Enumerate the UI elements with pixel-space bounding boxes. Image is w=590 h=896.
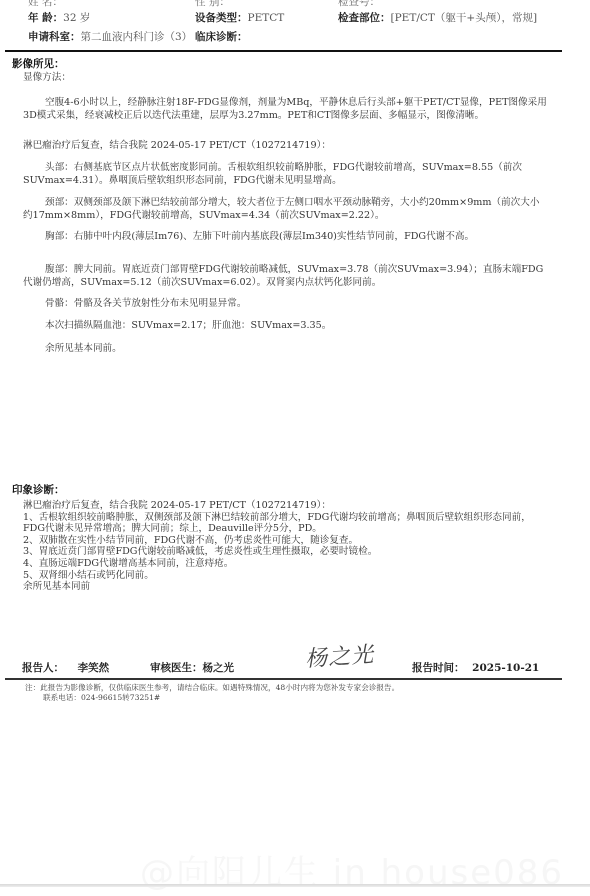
exam-site-label: 检查部位： — [338, 12, 391, 24]
reviewer-label: 审核医生： — [150, 662, 203, 674]
page-bottom-edge — [0, 884, 590, 887]
device-type-field: 设备类型：PETCT — [195, 10, 284, 25]
reporter-field: 报告人： 李笑然 — [22, 660, 109, 675]
department-label: 申请科室： — [28, 31, 81, 43]
impression-item-5: 5、双肾细小结石或钙化同前。 — [23, 570, 548, 582]
reporter-name: 李笑然 — [78, 662, 110, 674]
findings-chest: 胸部：右肺中叶内段(薄层Im76)、左肺下叶前内基底段(薄层Im340)实性结节… — [23, 231, 548, 244]
findings-bone: 骨骼：骨骼及各关节放射性分布未见明显异常。 — [45, 298, 246, 311]
findings-abdomen: 腹部：脾大同前。胃底近贲门部胃壁FDG代谢较前略减低，SUVmax=3.78（前… — [23, 264, 548, 289]
reviewer-field: 审核医生：杨之光 — [150, 660, 234, 675]
reviewer-signature: 杨之光 — [304, 638, 375, 674]
exam-site-field: 检查部位：[PET/CT（躯干+头颅），常规] — [338, 10, 537, 25]
clinical-diagnosis-label: 临床诊断： — [195, 31, 248, 43]
gender-label-cut: 性 别： — [195, 0, 230, 9]
impression-intro: 淋巴瘤治疗后复查，结合我院 2024-05-17 PET/CT（10272147… — [23, 500, 548, 512]
disclaimer-note: 注：此报告为影像诊断，仅供临床医生参考，请结合临床。如遇特殊情况，48小时内将为… — [25, 683, 399, 693]
report-time-label: 报告时间： — [412, 662, 465, 674]
clinical-diagnosis-field: 临床诊断： — [195, 29, 248, 44]
reporter-label: 报告人： — [22, 662, 64, 674]
header-divider — [5, 50, 562, 52]
impression-title: 印象诊断： — [12, 482, 65, 497]
findings-rest: 余所见基本同前。 — [45, 343, 122, 356]
report-time-field: 报告时间： 2025-10-21 — [412, 660, 539, 675]
age-value: 32 岁 — [63, 12, 90, 24]
exam-number-label-cut: 检查号： — [338, 0, 380, 9]
patient-name-label-cut: 姓 名： — [28, 0, 63, 9]
findings-head: 头部：右侧基底节区点片状低密度影同前。舌根软组织较前略肿胀，FDG代谢较前增高，… — [23, 162, 548, 187]
device-type-label: 设备类型： — [195, 12, 248, 24]
department-field: 申请科室：第二血液内科门诊（3） — [28, 29, 192, 44]
method-text: 空腹4-6小时以上，经静脉注射18F-FDG显像剂，剂量为MBq，平静休息后行头… — [23, 97, 548, 122]
findings-title: 影像所见： — [12, 56, 65, 71]
age-label: 年 龄： — [28, 12, 63, 24]
contact-phone: 联系电话：024-96615转73251# — [43, 693, 160, 703]
findings-intro: 淋巴瘤治疗后复查，结合我院 2024-05-17 PET/CT（10272147… — [23, 140, 331, 153]
reviewer-name: 杨之光 — [203, 662, 235, 674]
impression-rest: 余所见基本同前 — [23, 581, 548, 593]
age-field: 年 龄：32 岁 — [28, 10, 90, 25]
impression-item-2: 2、双肺散在实性小结节同前，FDG代谢不高，仍考虑炎性可能大，随诊复查。 — [23, 535, 548, 547]
impression-item-1: 1、舌根软组织较前略肿胀，双侧颈部及颌下淋巴结较前部分增大，FDG代谢均较前增高… — [23, 512, 548, 535]
department-value: 第二血液内科门诊（3） — [81, 31, 193, 43]
report-time-value: 2025-10-21 — [472, 662, 539, 674]
impression-item-3: 3、胃底近贲门部胃壁FDG代谢较前略减低，考虑炎性或生理性摄取，必要时镜检。 — [23, 546, 548, 558]
device-type-value: PETCT — [248, 12, 285, 24]
findings-blood-pool: 本次扫描纵隔血池：SUVmax=2.17；肝血池：SUVmax=3.35。 — [45, 320, 331, 333]
exam-site-value: [PET/CT（躯干+头颅），常规] — [391, 12, 538, 24]
impression-body: 淋巴瘤治疗后复查，结合我院 2024-05-17 PET/CT（10272147… — [23, 500, 548, 593]
impression-item-4: 4、直肠远端FDG代谢增高基本同前，注意痔疮。 — [23, 558, 548, 570]
signoff-divider — [5, 678, 562, 680]
method-title: 显像方法： — [23, 72, 71, 85]
findings-neck: 颈部：双侧颈部及颌下淋巴结较前部分增大，较大者位于左侧口咽水平颈动脉鞘旁，大小约… — [23, 197, 548, 222]
